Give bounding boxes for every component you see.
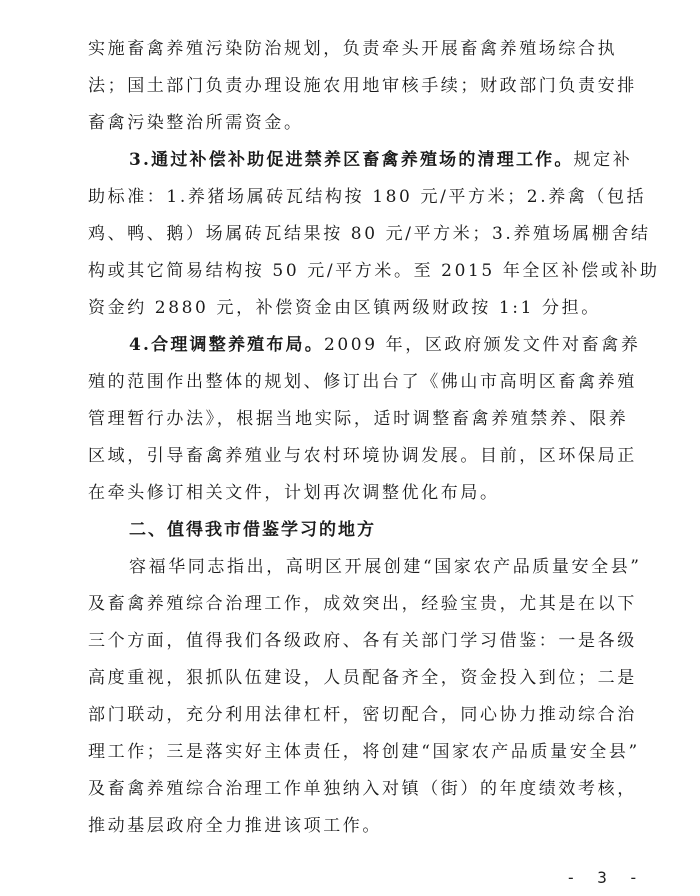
line-text: 规定补 [574,150,633,170]
line-text: 鸡、鸭、鹅）场属砖瓦结果按 80 元/平方米；3.养殖场属棚舍结 [88,224,651,244]
text-line: 法；国土部门负责办理设施农用地审核手续；财政部门负责安排 [88,68,614,105]
line-text: 构或其它简易结构按 50 元/平方米。至 2015 年全区补偿或补助 [88,261,660,281]
line-text: 实施畜禽养殖污染防治规划，负责牵头开展畜禽养殖场综合执 [88,39,617,59]
line-text: 高度重视，狠抓队伍建设，人员配备齐全，资金投入到位；二是 [88,668,637,688]
line-text: 畜禽污染整治所需资金。 [88,113,304,133]
text-line: 助标准：1.养猪场属砖瓦结构按 180 元/平方米；2.养禽（包括 [88,179,614,216]
line-text: 在牵头修订相关文件，计划再次调整优化布局。 [88,483,500,503]
text-line: 三个方面，值得我们各级政府、各有关部门学习借鉴：一是各级 [88,623,614,660]
line-text: 推动基层政府全力推进该项工作。 [88,816,382,836]
line-text: 助标准：1.养猪场属砖瓦结构按 180 元/平方米；2.养禽（包括 [88,187,646,207]
text-line: 鸡、鸭、鹅）场属砖瓦结果按 80 元/平方米；3.养殖场属棚舍结 [88,216,614,253]
line-text: 管理暂行办法》，根据当地实际，适时调整畜禽养殖禁养、限养 [88,409,628,429]
part-2-heading-line: 二、值得我市借鉴学习的地方 [88,512,614,549]
text-line: 管理暂行办法》，根据当地实际，适时调整畜禽养殖禁养、限养 [88,401,614,438]
text-line: 及畜禽养殖综合治理工作单独纳入对镇（街）的年度绩效考核， [88,771,614,808]
page-number: - 3 - [566,868,644,887]
line-text: 及畜禽养殖综合治理工作，成效突出，经验宝贵，尤其是在以下 [88,594,637,614]
text-line: 殖的范围作出整体的规划、修订出台了《佛山市高明区畜禽养殖 [88,364,614,401]
text-line: 在牵头修订相关文件，计划再次调整优化布局。 [88,475,614,512]
line-text: 部门联动，充分利用法律杠杆，密切配合，同心协力推动综合治 [88,705,637,725]
section-4-heading-line: 4.合理调整养殖布局。2009 年，区政府颁发文件对畜禽养 [88,327,614,364]
text-line: 区域，引导畜禽养殖业与农村环境协调发展。目前，区环保局正 [88,438,614,475]
text-line: 实施畜禽养殖污染防治规划，负责牵头开展畜禽养殖场综合执 [88,31,614,68]
line-text: 三个方面，值得我们各级政府、各有关部门学习借鉴：一是各级 [88,631,637,651]
section-4-title: 4.合理调整养殖布局。 [129,335,324,355]
text-line: 及畜禽养殖综合治理工作，成效突出，经验宝贵，尤其是在以下 [88,586,614,623]
document-page: 实施畜禽养殖污染防治规划，负责牵头开展畜禽养殖场综合执 法；国土部门负责办理设施… [0,0,700,896]
text-line: 容福华同志指出，高明区开展创建“国家农产品质量安全县” [88,549,614,586]
text-line: 畜禽污染整治所需资金。 [88,105,614,142]
part-2-heading: 二、值得我市借鉴学习的地方 [129,520,376,540]
text-line: 资金约 2880 元，补偿资金由区镇两级财政按 1:1 分担。 [88,290,614,327]
section-3-heading-line: 3.通过补偿补助促进禁养区畜禽养殖场的清理工作。规定补 [88,142,614,179]
text-line: 构或其它简易结构按 50 元/平方米。至 2015 年全区补偿或补助 [88,253,614,290]
text-line: 高度重视，狠抓队伍建设，人员配备齐全，资金投入到位；二是 [88,660,614,697]
document-body: 实施畜禽养殖污染防治规划，负责牵头开展畜禽养殖场综合执 法；国土部门负责办理设施… [88,31,614,845]
line-text: 容福华同志指出，高明区开展创建“国家农产品质量安全县” [129,557,642,577]
line-text: 理工作；三是落实好主体责任，将创建“国家农产品质量安全县” [88,742,640,762]
section-3-title: 3.通过补偿补助促进禁养区畜禽养殖场的清理工作。 [129,150,574,170]
text-line: 理工作；三是落实好主体责任，将创建“国家农产品质量安全县” [88,734,614,771]
text-line: 部门联动，充分利用法律杠杆，密切配合，同心协力推动综合治 [88,697,614,734]
line-text: 殖的范围作出整体的规划、修订出台了《佛山市高明区畜禽养殖 [88,372,637,392]
line-text: 资金约 2880 元，补偿资金由区镇两级财政按 1:1 分担。 [88,298,601,318]
line-text: 区域，引导畜禽养殖业与农村环境协调发展。目前，区环保局正 [88,446,637,466]
line-text: 及畜禽养殖综合治理工作单独纳入对镇（街）的年度绩效考核， [88,779,637,799]
line-text: 2009 年，区政府颁发文件对畜禽养 [324,335,640,355]
line-text: 法；国土部门负责办理设施农用地审核手续；财政部门负责安排 [88,76,637,96]
text-line: 推动基层政府全力推进该项工作。 [88,808,614,845]
